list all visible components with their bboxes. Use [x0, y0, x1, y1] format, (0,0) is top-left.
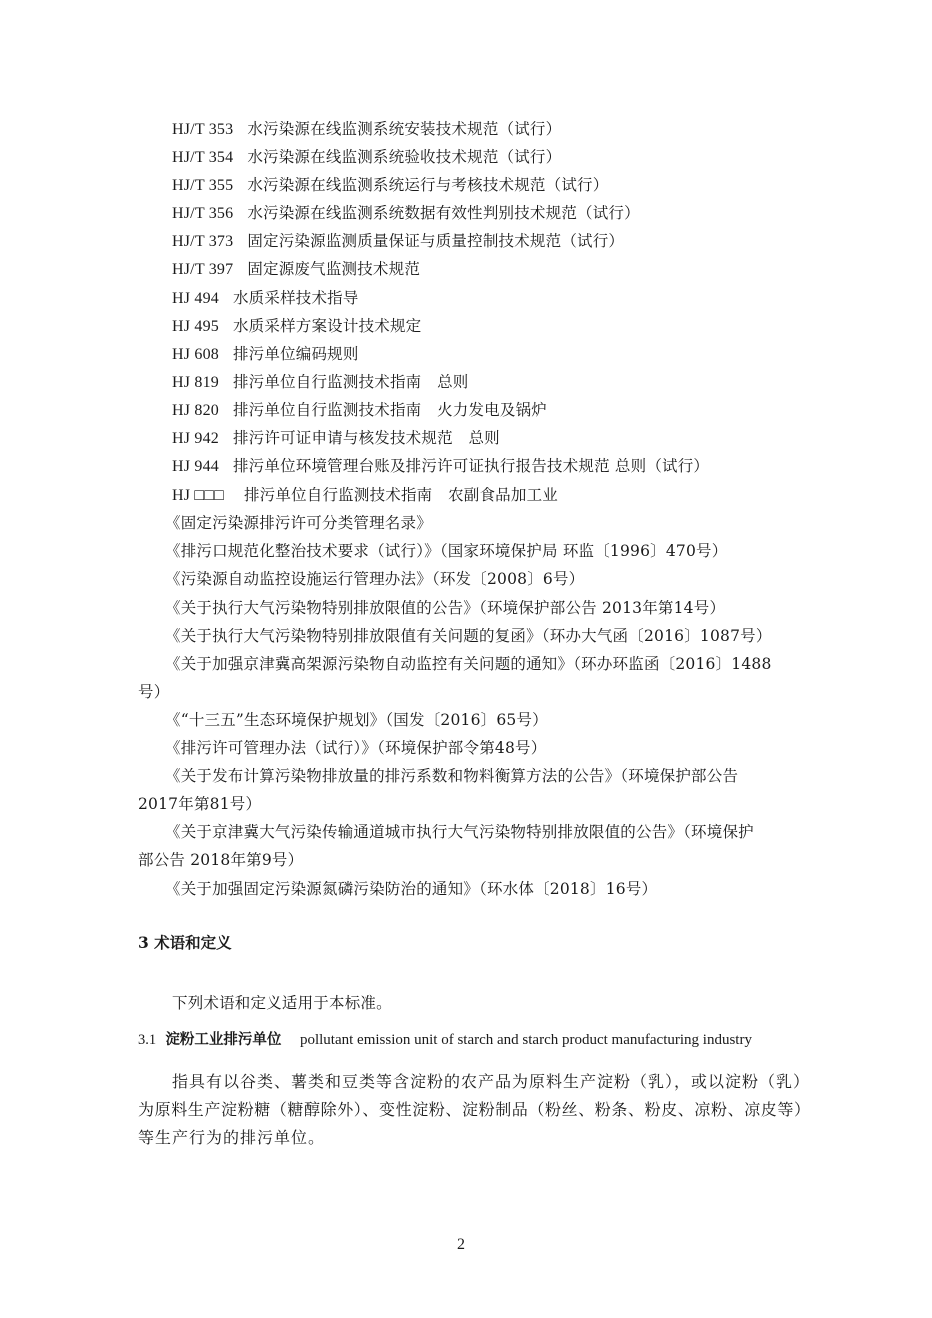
standard-code: HJ 494	[172, 289, 219, 309]
standard-item: HJ 819排污单位自行监测技术指南 总则	[172, 372, 469, 393]
standard-title: 水质采样技术指导	[233, 289, 359, 307]
standard-title: 排污单位环境管理台账及排污许可证执行报告技术规范 总则（试行）	[233, 457, 709, 475]
definition-line: 指具有以谷类、薯类和豆类等含淀粉的农产品为原料生产淀粉（乳），或以淀粉（乳）	[172, 1072, 810, 1092]
standard-title: 排污单位自行监测技术指南 火力发电及锅炉	[233, 401, 547, 419]
section-heading: 3 术语和定义	[138, 933, 232, 953]
standard-title: 水质采样方案设计技术规定	[233, 317, 421, 335]
section-intro: 下列术语和定义适用于本标准。	[172, 993, 392, 1013]
standard-title: 水污染源在线监测系统安装技术规范（试行）	[247, 120, 561, 138]
document-item: 《污染源自动监控设施运行管理办法》（环发〔2008〕6号）	[165, 569, 584, 589]
standard-item: HJ/T 373固定污染源监测质量保证与质量控制技术规范（试行）	[172, 231, 624, 252]
standard-title: 排污单位自行监测技术指南 总则	[233, 373, 469, 391]
standard-title: 水污染源在线监测系统数据有效性判别技术规范（试行）	[247, 204, 640, 222]
document-item: 《关于京津冀大气污染传输通道城市执行大气污染物特别排放限值的公告》（环境保护	[165, 822, 754, 842]
standard-code: HJ □□□	[172, 486, 224, 506]
document-item: 《“十三五”生态环境保护规划》（国发〔2016〕65号）	[165, 710, 548, 730]
document-item: 《关于执行大气污染物特别排放限值有关问题的复函》（环办大气函〔2016〕1087…	[165, 626, 772, 646]
document-item: 《关于加强京津冀高架源污染物自动监控有关问题的通知》（环办环监函〔2016〕14…	[165, 654, 772, 674]
standard-title: 排污单位编码规则	[233, 345, 359, 363]
standard-item: HJ 608排污单位编码规则	[172, 344, 359, 365]
standard-code: HJ/T 355	[172, 176, 233, 196]
document-item-continuation: 部公告 2018年第9号）	[138, 850, 303, 870]
document-item: 《关于执行大气污染物特别排放限值的公告》（环境保护部公告 2013年第14号）	[165, 598, 725, 618]
standard-item: HJ/T 353水污染源在线监测系统安装技术规范（试行）	[172, 119, 561, 140]
document-item: 《排污口规范化整治技术要求（试行）》（国家环境保护局 环监〔1996〕470号）	[165, 541, 727, 561]
standard-item: HJ 495水质采样方案设计技术规定	[172, 316, 421, 337]
standard-code: HJ 819	[172, 373, 219, 393]
standard-code: HJ/T 397	[172, 260, 233, 280]
document-item: 《排污许可管理办法（试行）》（环境保护部令第48号）	[165, 738, 546, 758]
term-zh: 淀粉工业排污单位	[165, 1031, 281, 1048]
subsection-number: 3.1	[138, 1032, 156, 1048]
standard-item: HJ/T 354水污染源在线监测系统验收技术规范（试行）	[172, 147, 561, 168]
standard-item: HJ 494水质采样技术指导	[172, 288, 359, 309]
standard-code: HJ 944	[172, 457, 219, 477]
standard-title: 固定源废气监测技术规范	[247, 260, 420, 278]
definition-line: 等生产行为的排污单位。	[138, 1128, 325, 1148]
standard-title: 排污单位自行监测技术指南 农副食品加工业	[244, 486, 558, 504]
standard-title: 固定污染源监测质量保证与质量控制技术规范（试行）	[247, 232, 624, 250]
document-item: 《固定污染源排污许可分类管理名录》	[165, 513, 432, 533]
standard-item: HJ/T 355水污染源在线监测系统运行与考核技术规范（试行）	[172, 175, 608, 196]
document-item: 《关于加强固定污染源氮磷污染防治的通知》（环水体〔2018〕16号）	[165, 879, 657, 899]
standard-code: HJ/T 353	[172, 120, 233, 140]
standard-item: HJ 942排污许可证申请与核发技术规范 总则	[172, 428, 500, 449]
standard-code: HJ 820	[172, 401, 219, 421]
standard-item: HJ/T 397固定源废气监测技术规范	[172, 259, 420, 280]
standard-item: HJ □□□排污单位自行监测技术指南 农副食品加工业	[172, 485, 558, 506]
standard-title: 排污许可证申请与核发技术规范 总则	[233, 429, 500, 447]
standard-code: HJ 608	[172, 345, 219, 365]
term-en: pollutant emission unit of starch and st…	[300, 1032, 752, 1048]
standard-title: 水污染源在线监测系统运行与考核技术规范（试行）	[247, 176, 608, 194]
subsection-heading: 3.1 淀粉工业排污单位 pollutant emission unit of …	[138, 1030, 752, 1050]
standard-code: HJ 942	[172, 429, 219, 449]
standard-code: HJ/T 356	[172, 204, 233, 224]
document-item: 《关于发布计算污染物排放量的排污系数和物料衡算方法的公告》（环境保护部公告	[165, 766, 738, 786]
document-item-continuation: 号）	[138, 682, 169, 702]
standard-item: HJ/T 356水污染源在线监测系统数据有效性判别技术规范（试行）	[172, 203, 640, 224]
document-item-continuation: 2017年第81号）	[138, 794, 261, 814]
standard-item: HJ 820排污单位自行监测技术指南 火力发电及锅炉	[172, 400, 547, 421]
standard-code: HJ/T 373	[172, 232, 233, 252]
standard-code: HJ 495	[172, 317, 219, 337]
definition-line: 为原料生产淀粉糖（糖醇除外）、变性淀粉、淀粉制品（粉丝、粉条、粉皮、凉粉、凉皮等…	[138, 1100, 811, 1120]
page-number: 2	[457, 1236, 465, 1254]
standard-code: HJ/T 354	[172, 148, 233, 168]
standard-item: HJ 944排污单位环境管理台账及排污许可证执行报告技术规范 总则（试行）	[172, 456, 709, 477]
standard-title: 水污染源在线监测系统验收技术规范（试行）	[247, 148, 561, 166]
